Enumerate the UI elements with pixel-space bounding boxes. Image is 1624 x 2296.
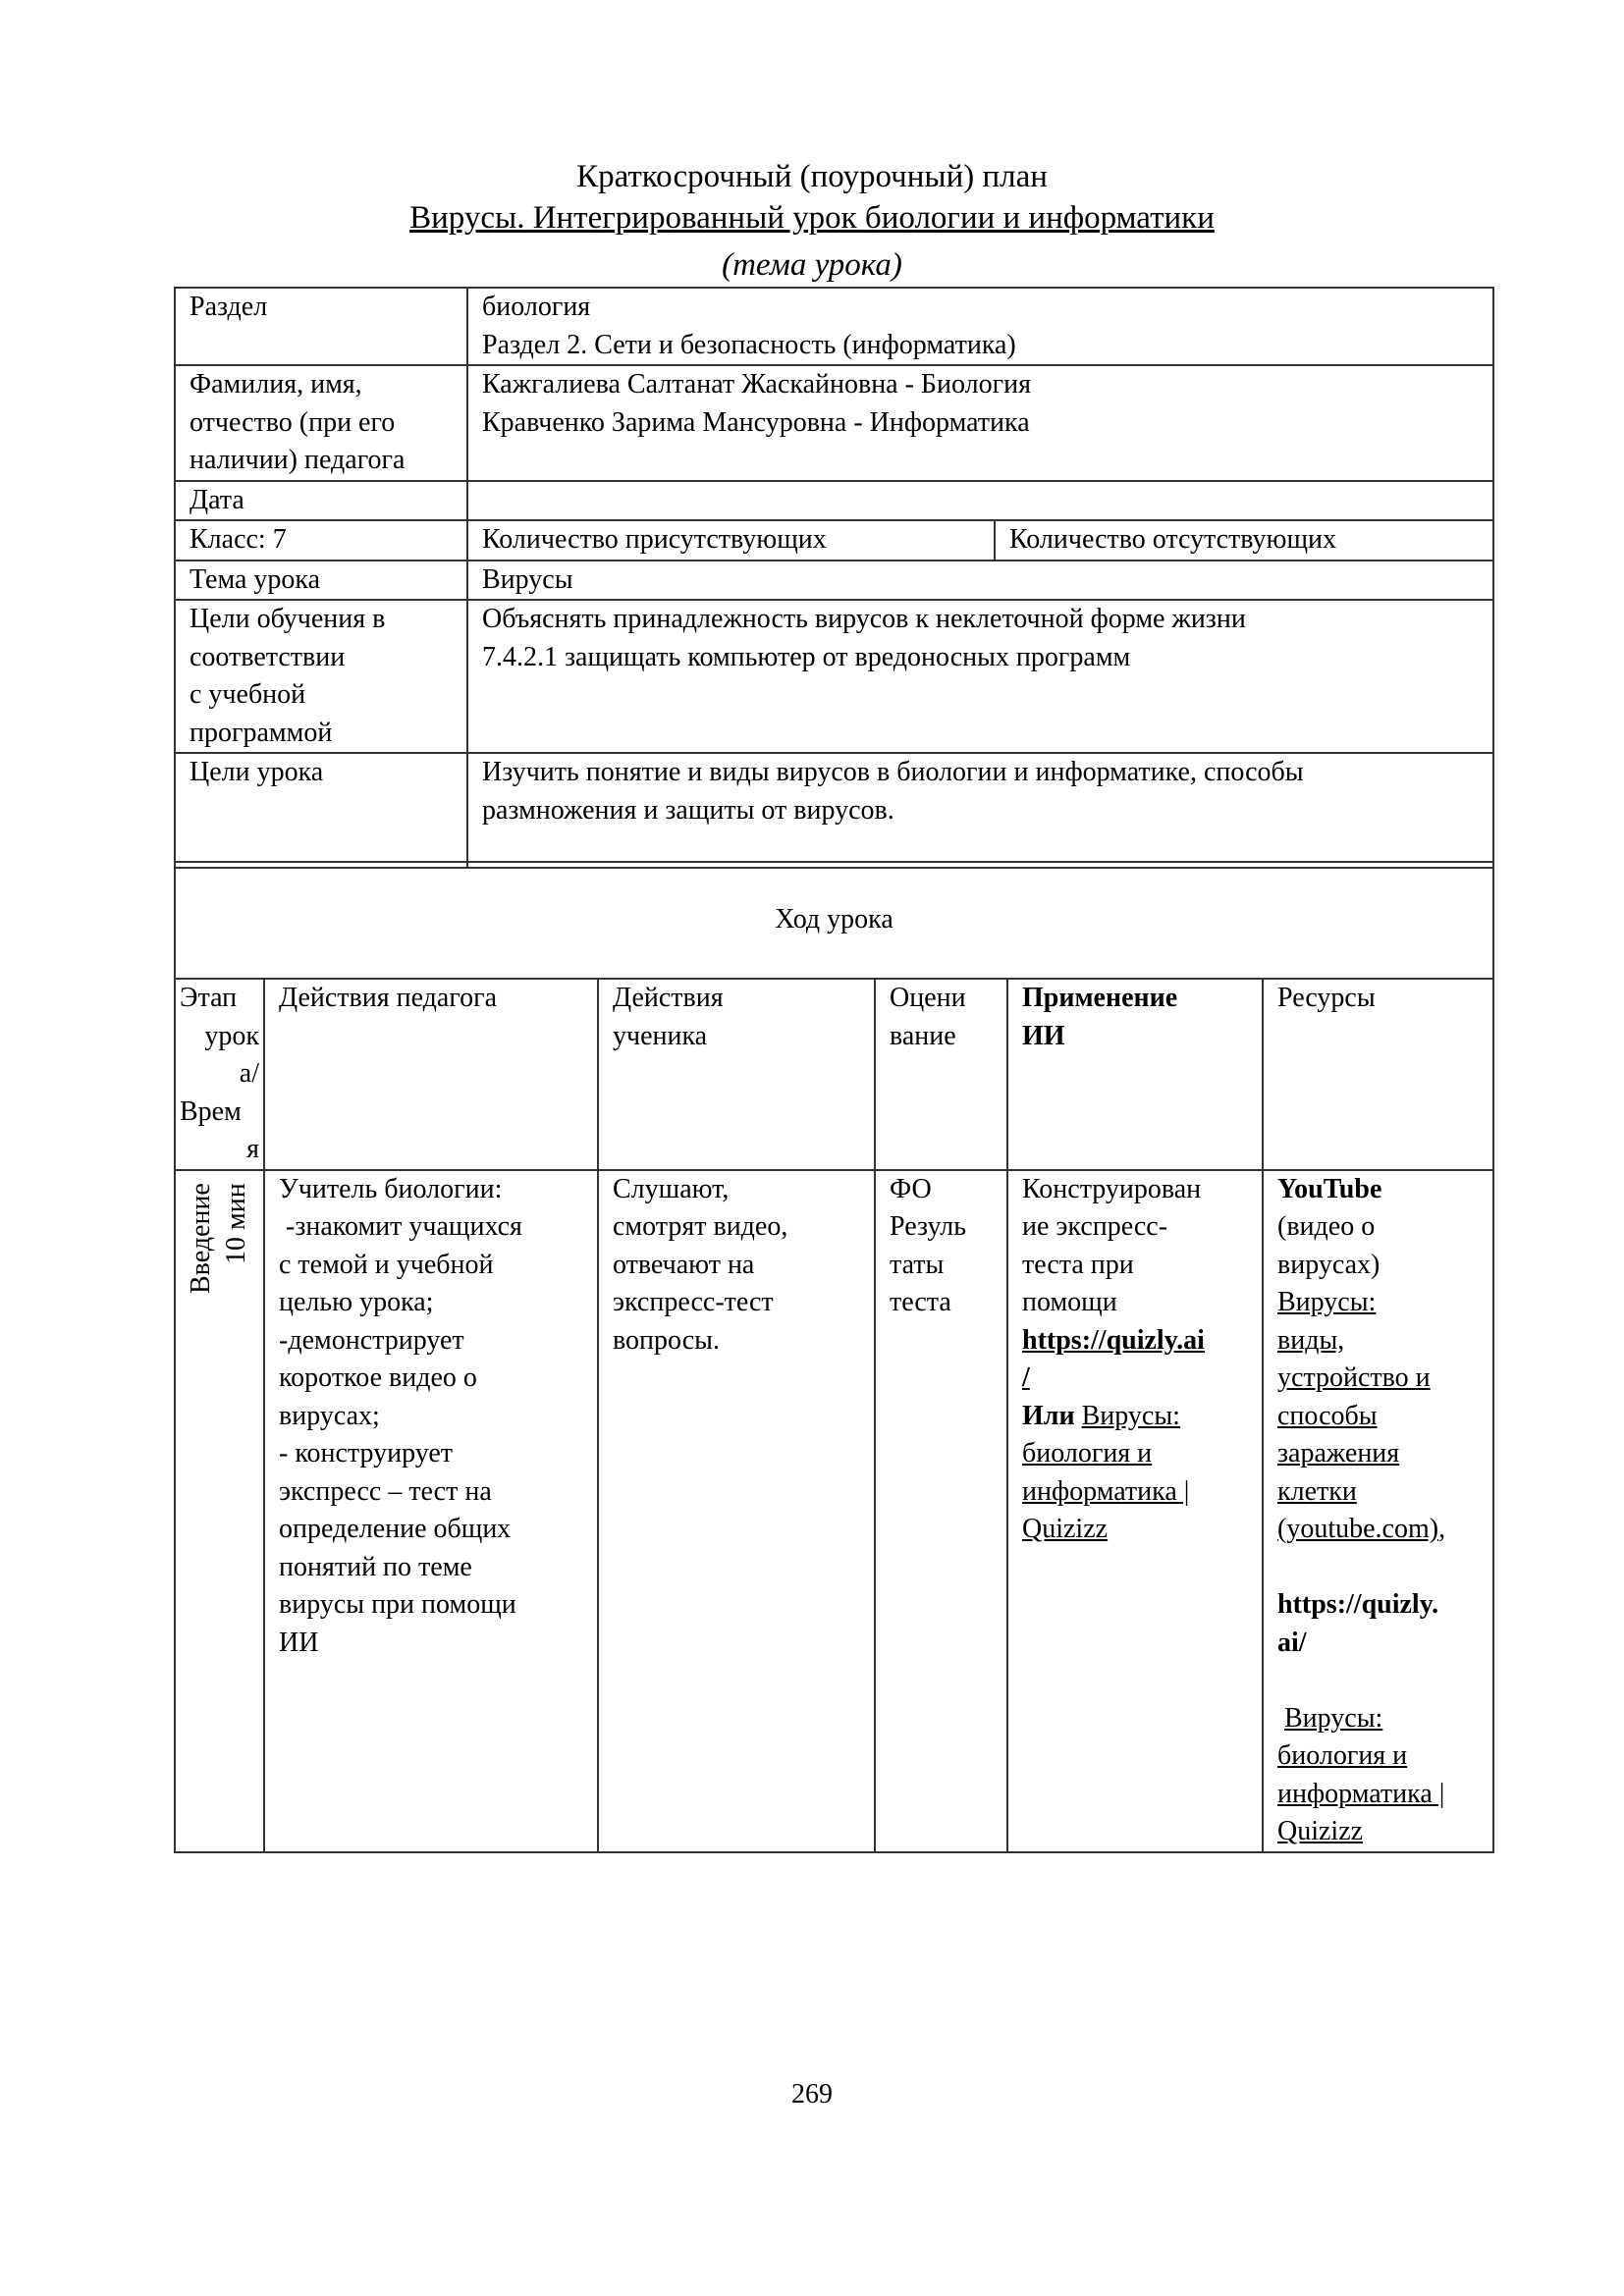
ai-text-line: помощи [1022,1284,1262,1322]
teacher-action-line: вирусы при помощи [279,1586,597,1625]
quizizz-link[interactable]: Quizizz [1022,1511,1262,1549]
lesson-info-table: Раздел биология Раздел 2. Сети и безопас… [174,287,1494,869]
teacher-label: Фамилия, имя, отчество (при его наличии)… [175,365,467,481]
youtube-video-link[interactable]: Вирусы: [1277,1284,1492,1322]
teacher-action-line: ИИ [279,1625,597,1663]
assessment-line: теста [890,1284,1006,1322]
assessment-line: Резуль [890,1208,1006,1247]
absent-count-label: Количество отсутствующих [995,520,1493,561]
teacher-informatics: Кравченко Зарима Мансуровна - Информатик… [482,404,1492,443]
youtube-note: вирусах) [1277,1247,1492,1285]
quizizz-link[interactable]: информатика | [1022,1473,1262,1512]
lesson-goal-line: размножения и защиты от вирусов. [482,792,1492,830]
date-label: Дата [175,481,467,521]
lesson-title-caption: (тема урока) [0,245,1624,285]
ai-or-line: Или Вирусы: [1022,1398,1262,1436]
quizizz-resource-link[interactable]: Quizizz [1277,1813,1492,1851]
teacher-actions: Учитель биологии: -знакомит учащихся с т… [264,1170,598,1852]
youtube-video-link[interactable]: клетки [1277,1473,1492,1512]
column-header-resources: Ресурсы [1263,979,1493,1170]
learning-goals-label-line: Цели обучения в [189,601,466,639]
teacher-label-line: отчество (при его [189,404,466,443]
plan-header-row: Этап урок а/ Врем я Действия педагога Де… [175,979,1493,1170]
class-row: Класс: 7 Количество присутствующих Колич… [175,520,1493,561]
student-action-line: Слушают, [613,1171,874,1209]
topic-label: Тема урока [175,561,467,601]
teacher-row: Фамилия, имя, отчество (при его наличии)… [175,365,1493,481]
teacher-action-line: вирусах; [279,1398,597,1436]
teacher-action-line: определение общих [279,1511,597,1549]
present-count-label: Количество присутствующих [467,520,995,561]
column-header-student: Действия ученика [598,979,875,1170]
page-number: 269 [0,2079,1624,2110]
lesson-plan-table: Ход урока Этап урок а/ Врем я Действия п… [174,861,1494,1853]
quizizz-resource-link[interactable]: Вирусы: [1284,1703,1382,1734]
section-label: Раздел [175,288,467,365]
stage-label: Введение 10 мин [184,1183,254,1330]
teacher-action-line: -знакомит учащихся [279,1208,597,1247]
youtube-video-link[interactable]: способы [1277,1398,1492,1436]
youtube-video-link-last: (youtube.com), [1277,1511,1492,1549]
teacher-action-line: экспресс – тест на [279,1473,597,1512]
comma: , [1438,1514,1445,1544]
teacher-action-line: с темой и учебной [279,1247,597,1285]
learning-goal: 7.4.2.1 защищать компьютер от вредоносны… [482,639,1492,677]
header-line: Применение [1022,980,1262,1018]
lesson-title-text: Вирусы. Интегрированный урок биологии и … [409,200,1215,236]
quizizz-resource-first: Вирусы: [1277,1700,1492,1738]
header-line: Оцени [890,980,1006,1018]
section-subject: биология [482,289,1492,327]
quizizz-link[interactable]: биология и [1022,1435,1262,1473]
section-informatics: Раздел 2. Сети и безопасность (информати… [482,327,1492,365]
lesson-goals-label: Цели урока [175,753,467,868]
quizly-link[interactable]: https://quizly.ai [1022,1322,1262,1361]
column-header-teacher: Действия педагога [264,979,598,1170]
quizizz-link[interactable]: Вирусы: [1082,1401,1180,1431]
header-line: ИИ [1022,1018,1262,1056]
column-header-stage: Этап урок а/ Врем я [175,979,264,1170]
quizizz-resource-link[interactable]: биология и [1277,1737,1492,1776]
ai-text-line: Конструирован [1022,1171,1262,1209]
stage-name: Введение [186,1183,216,1294]
learning-goals-value: Объяснять принадлежность вирусов к некле… [467,600,1493,753]
section-value: биология Раздел 2. Сети и безопасность (… [467,288,1493,365]
learning-goals-label: Цели обучения в соответствии с учебной п… [175,600,467,753]
teacher-action-line: Учитель биологии: [279,1171,597,1209]
header-line: вание [890,1018,1006,1056]
ai-text-line: ие экспресс- [1022,1208,1262,1247]
plan-heading: Ход урока [175,862,1493,979]
ai-usage: Конструирован ие экспресс- теста при пом… [1007,1170,1263,1852]
teacher-action-line: понятий по теме [279,1549,597,1587]
header-line: урок [180,1018,259,1056]
teacher-action-line: - конструирует [279,1435,597,1473]
topic-row: Тема урока Вирусы [175,561,1493,601]
student-action-line: вопросы. [613,1322,874,1361]
youtube-label: YouTube [1277,1171,1492,1209]
spacer [1277,1662,1492,1700]
youtube-video-link[interactable]: виды, [1277,1322,1492,1361]
stage-time: 10 мин [221,1183,251,1264]
teacher-action-line: короткое видео о [279,1360,597,1398]
header-line: я [180,1131,259,1169]
assessment-line: таты [890,1247,1006,1285]
teacher-action-line: целью урока; [279,1284,597,1322]
table-row: Введение 10 мин Учитель биологии: -знако… [175,1170,1493,1852]
date-value [467,481,1493,521]
youtube-video-link[interactable]: заражения [1277,1435,1492,1473]
quizly-link[interactable]: / [1022,1360,1262,1398]
column-header-assessment: Оцени вание [875,979,1007,1170]
assessment-line: ФО [890,1171,1006,1209]
assessment: ФО Резуль таты теста [875,1170,1007,1852]
header-line: Врем [180,1094,259,1132]
youtube-note: (видео о [1277,1208,1492,1247]
document-title: Краткосрочный (поурочный) план [0,157,1624,196]
learning-goal: Объяснять принадлежность вирусов к некле… [482,601,1492,639]
teacher-label-line: наличии) педагога [189,442,466,480]
quizly-resource-link[interactable]: ai/ [1277,1625,1492,1663]
youtube-video-link[interactable]: устройство и [1277,1360,1492,1398]
student-action-line: экспресс-тест [613,1284,874,1322]
quizly-resource-link[interactable]: https://quizly. [1277,1586,1492,1625]
or-label: Или [1022,1401,1075,1431]
topic-value: Вирусы [467,561,1493,601]
lesson-goals-row: Цели урока Изучить понятие и виды вирусо… [175,753,1493,868]
resources: YouTube (видео о вирусах) Вирусы: виды, … [1263,1170,1493,1852]
section-row: Раздел биология Раздел 2. Сети и безопас… [175,288,1493,365]
student-action-line: отвечают на [613,1247,874,1285]
header-line: Действия [613,980,874,1018]
spacer [1277,1549,1492,1587]
student-action-line: смотрят видео, [613,1208,874,1247]
teacher-label-line: Фамилия, имя, [189,366,466,404]
learning-goals-label-line: с учебной [189,676,466,715]
header-line: а/ [180,1055,259,1094]
lesson-goals-value: Изучить понятие и виды вирусов в биологи… [467,753,1493,868]
date-row: Дата [175,481,1493,521]
quizizz-resource-link[interactable]: информатика | [1277,1776,1492,1814]
teacher-action-line: -демонстрирует [279,1322,597,1361]
header-line: Этап [180,980,259,1018]
learning-goals-row: Цели обучения в соответствии с учебной п… [175,600,1493,753]
class-label: Класс: 7 [175,520,467,561]
student-actions: Слушают, смотрят видео, отвечают на эксп… [598,1170,875,1852]
learning-goals-label-line: программой [189,715,466,753]
learning-goals-label-line: соответствии [189,639,466,677]
ai-text-line: теста при [1022,1247,1262,1285]
plan-heading-row: Ход урока [175,862,1493,979]
lesson-goal-line: Изучить понятие и виды вирусов в биологи… [482,754,1492,792]
stage-cell: Введение 10 мин [175,1170,264,1852]
header-line: ученика [613,1018,874,1056]
column-header-ai: Применение ИИ [1007,979,1263,1170]
youtube-video-link[interactable]: (youtube.com) [1277,1514,1438,1544]
lesson-title: Вирусы. Интегрированный урок биологии и … [0,198,1624,238]
teacher-biology: Кажгалиева Салтанат Жаскайновна - Биолог… [482,366,1492,404]
teacher-value: Кажгалиева Салтанат Жаскайновна - Биолог… [467,365,1493,481]
